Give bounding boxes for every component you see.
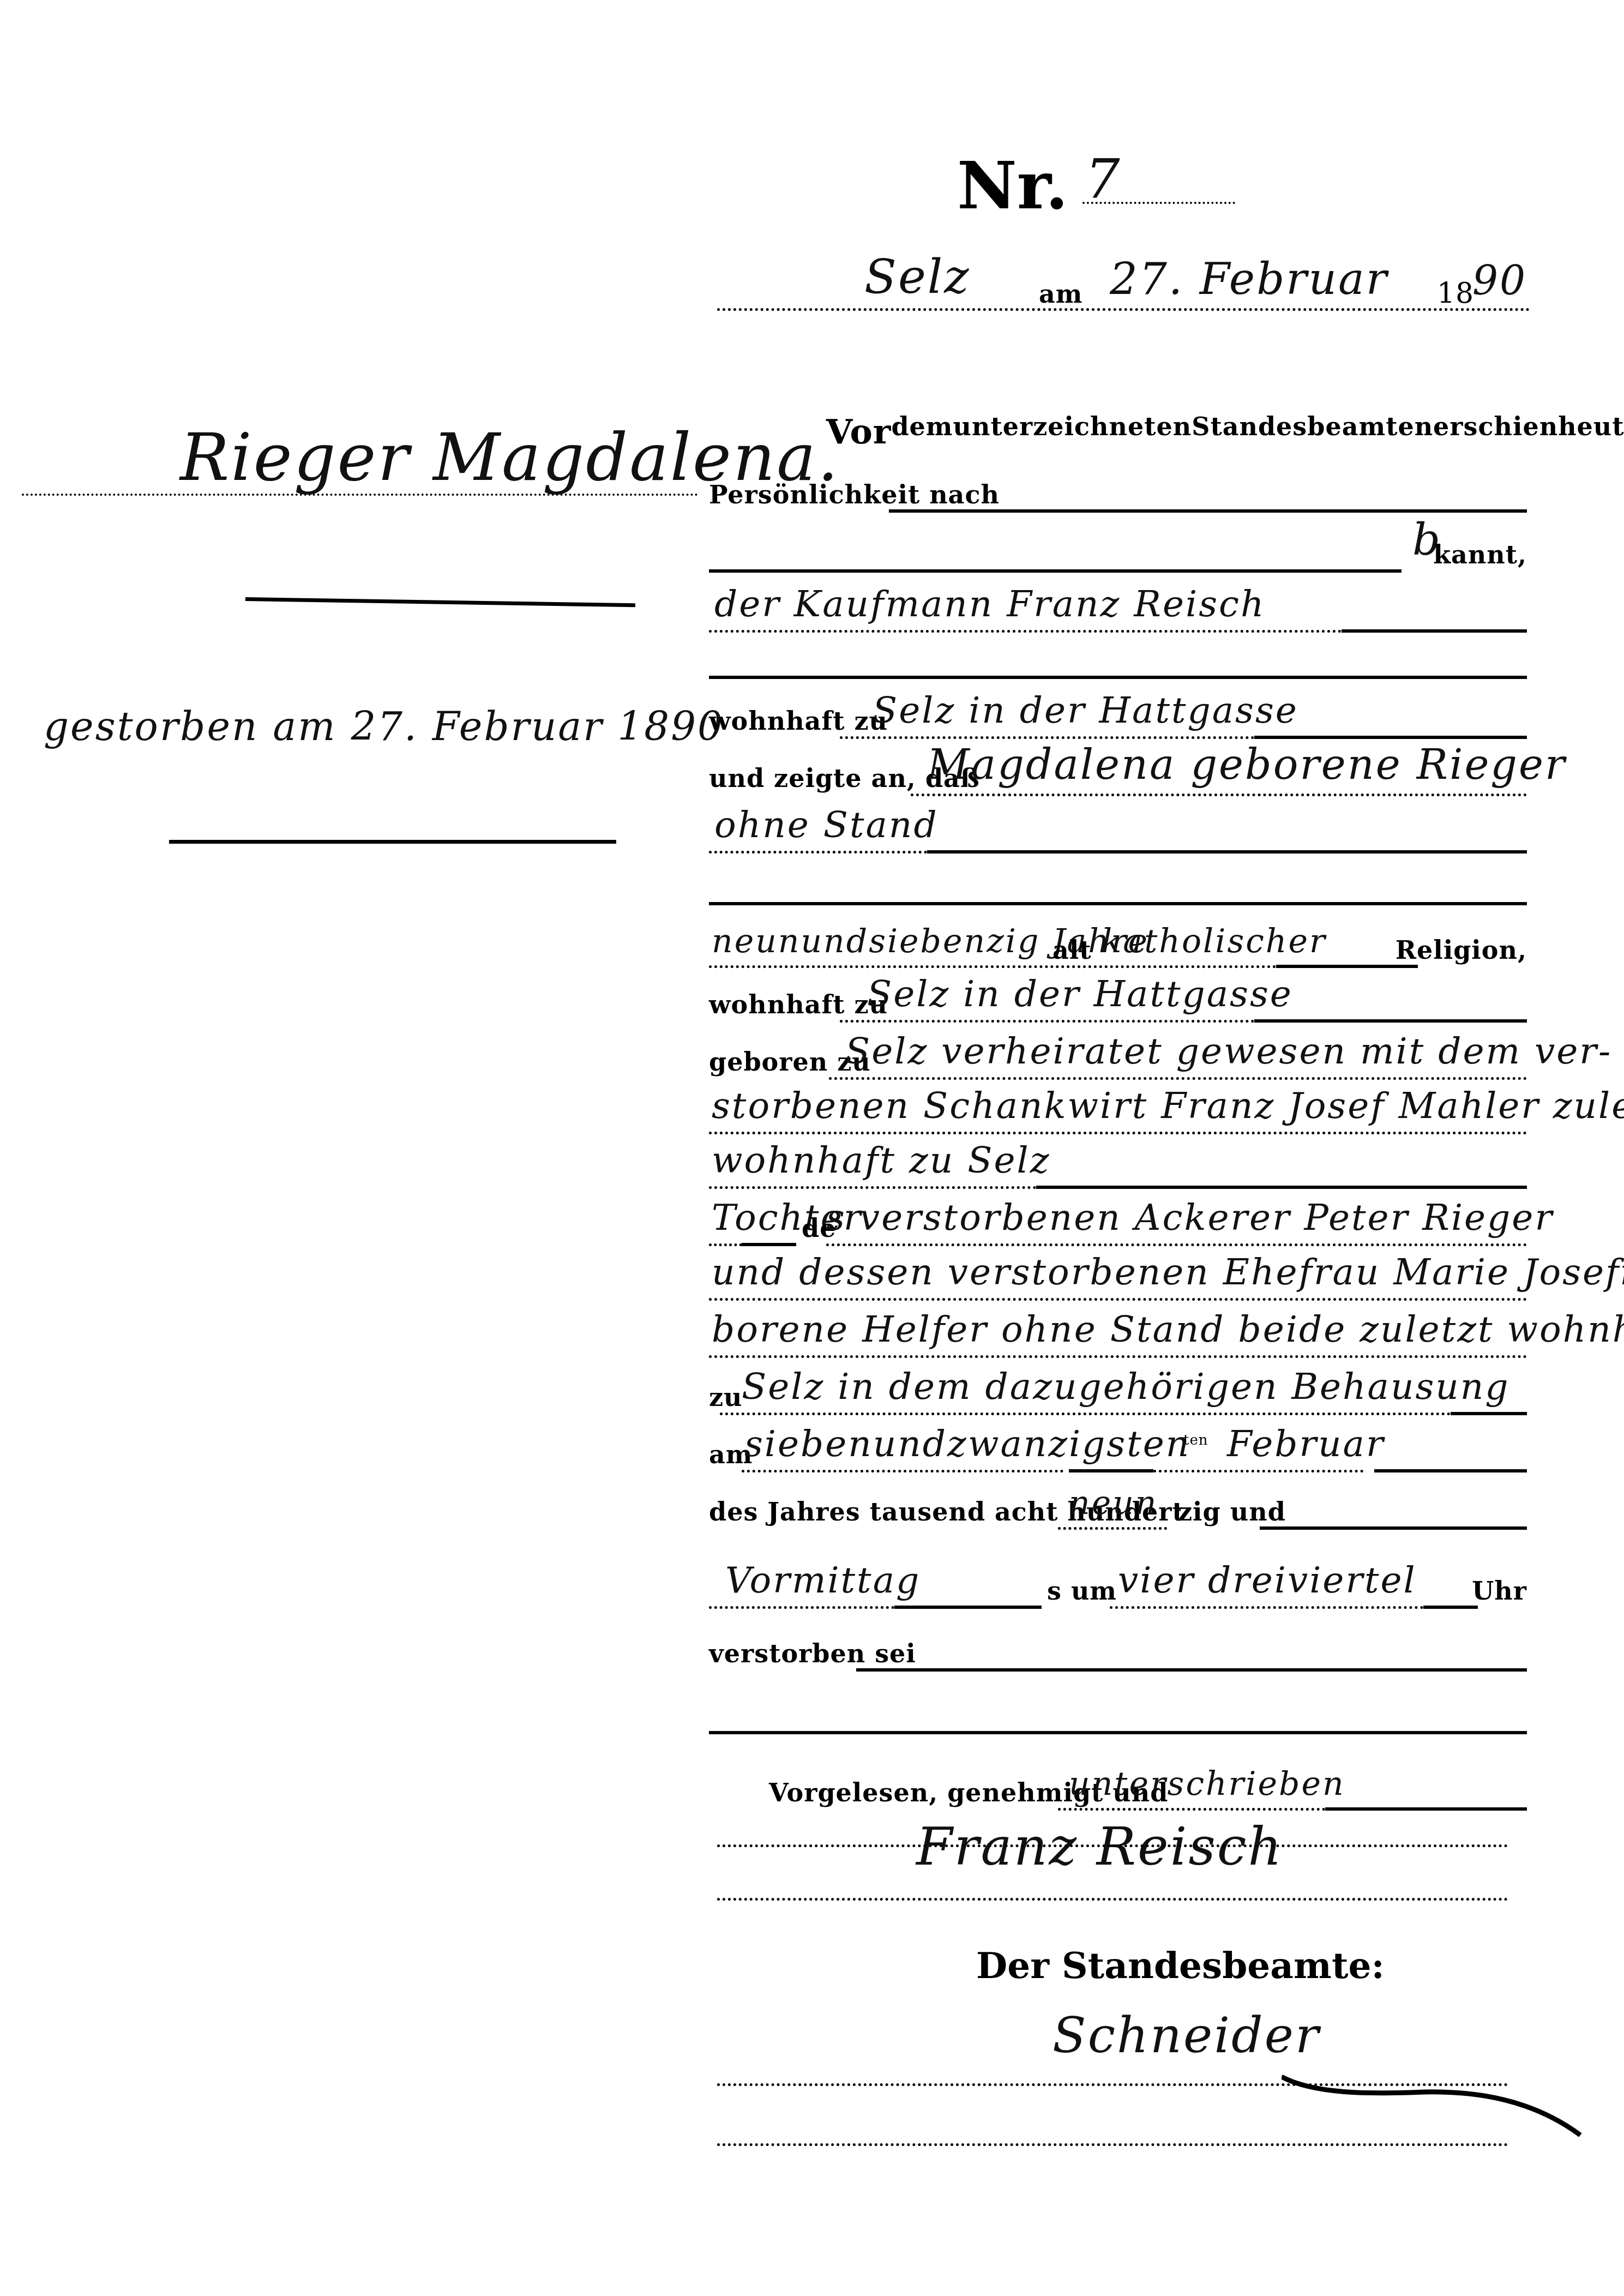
margin-name-rule	[22, 494, 698, 496]
field-value: Selz in der Hattgasse	[867, 973, 1293, 1015]
field-rule-dotted	[1058, 1808, 1331, 1811]
day-value: siebenundzwanzigsten	[744, 1423, 1190, 1465]
date-value: 27. Februar	[1110, 254, 1388, 304]
field-deceased-residence: wohnhaft zu Selz in der Hattgasse	[709, 957, 1527, 1023]
field-suffix: kannt,	[1433, 540, 1527, 569]
certificate-number-rule	[1082, 202, 1235, 204]
field-bekannt: b kannt,	[709, 507, 1527, 573]
field-birthplace-cont: wohnhaft zu Selz	[709, 1123, 1527, 1189]
field-vorgelesen: Vorgelesen, genehmigt und unterschrieben	[709, 1745, 1527, 1811]
field-death-place: zu Selz in dem dazugehörigen Behausung	[709, 1350, 1527, 1415]
field-deceased-name: und zeigte an, daß Magdalena geborene Ri…	[709, 731, 1527, 796]
hour-value: vier dreiviertel	[1118, 1559, 1417, 1601]
intro-word: Standesbeamten	[1192, 412, 1433, 452]
field-parents-cont: borene Helfer ohne Stand beide zuletzt w…	[709, 1293, 1527, 1358]
official-signature: Schneider	[1052, 2007, 1320, 2064]
certificate-number-label: Nr.	[957, 147, 1068, 224]
date-label: am	[1039, 279, 1082, 309]
field-value: s verstorbenen Ackerer Peter Rieger	[826, 1197, 1554, 1239]
intro-word: erschien	[1433, 412, 1558, 452]
field-value: storbenen Schankwirt Franz Josef Mahler …	[712, 1085, 1624, 1127]
intro-word: Vor	[826, 412, 891, 452]
month-value: Februar	[1227, 1423, 1385, 1465]
field-blank	[709, 614, 1527, 679]
place-date-row: Selz am 27. Februar 18 90	[717, 240, 1530, 311]
field-label: zig und	[1178, 1497, 1286, 1526]
field-rule-dotted	[1058, 1527, 1167, 1530]
field-verstorben: verstorben sei	[709, 1606, 1527, 1672]
field-value: Selz in der Hattgasse	[873, 689, 1298, 731]
field-rule	[709, 1731, 1527, 1734]
signature-flourish-icon	[1282, 2072, 1587, 2138]
field-label: verstorben sei	[709, 1639, 916, 1668]
field-blank	[709, 1669, 1527, 1734]
field-value: neun	[1069, 1484, 1158, 1522]
field-value: borene Helfer ohne Stand beide zuletzt w…	[712, 1308, 1624, 1350]
field-value: unterschrieben	[1069, 1765, 1345, 1803]
field-rule	[1325, 1807, 1527, 1811]
field-informant-residence: wohnhaft zu Selz in der Hattgasse	[709, 674, 1527, 739]
time-of-day-value: Vormittag	[725, 1559, 921, 1601]
intro-word: unterzeichneten	[953, 412, 1192, 452]
field-value: Selz verheiratet gewesen mit dem ver-	[845, 1030, 1612, 1072]
field-parents-cont: und dessen verstorbenen Ehefrau Marie Jo…	[709, 1235, 1527, 1301]
year-suffix: 90	[1472, 257, 1527, 304]
signature-rule	[717, 1844, 1508, 1847]
margin-divider-2	[169, 840, 616, 844]
official-title: Der Standesbeamte:	[976, 1944, 1385, 1987]
form-intro: Vor dem unterzeichneten Standesbeamten e…	[826, 412, 1527, 452]
field-value: Selz in dem dazugehörigen Behausung	[742, 1366, 1510, 1408]
margin-death-note: gestorben am 27. Februar 1890	[44, 704, 724, 749]
place-date-rule	[717, 308, 1530, 311]
signature-rule	[717, 2143, 1508, 2146]
field-label: Persönlichkeit nach	[709, 480, 1000, 509]
field-blank	[709, 840, 1527, 905]
year-prefix: 18	[1437, 277, 1474, 310]
field-value: Magdalena geborene Rieger	[927, 740, 1566, 789]
margin-divider	[245, 597, 635, 607]
field-death-date: am siebenundzwanzigsten ten Februar	[709, 1407, 1527, 1472]
religion-value: katholischer	[1102, 922, 1327, 960]
signature-rule	[717, 1898, 1508, 1901]
ten-label: ten	[1183, 1432, 1208, 1448]
field-rule	[1260, 1526, 1527, 1530]
field-persoenlichkeit: Persönlichkeit nach	[709, 447, 1527, 513]
field-death-year: des Jahres tausend acht hundert neun zig…	[709, 1464, 1527, 1530]
field-death-time: Vormittag s um vier dreiviertel Uhr	[709, 1543, 1527, 1609]
field-value: wohnhaft zu Selz	[712, 1139, 1050, 1181]
intro-word: heute,	[1558, 412, 1624, 452]
uhr-label: Uhr	[1472, 1576, 1527, 1606]
intro-word: dem	[891, 412, 953, 452]
place-value: Selz	[864, 250, 971, 304]
field-value: und dessen verstorbenen Ehefrau Marie Jo…	[712, 1251, 1624, 1293]
field-label: s um	[1047, 1576, 1117, 1606]
